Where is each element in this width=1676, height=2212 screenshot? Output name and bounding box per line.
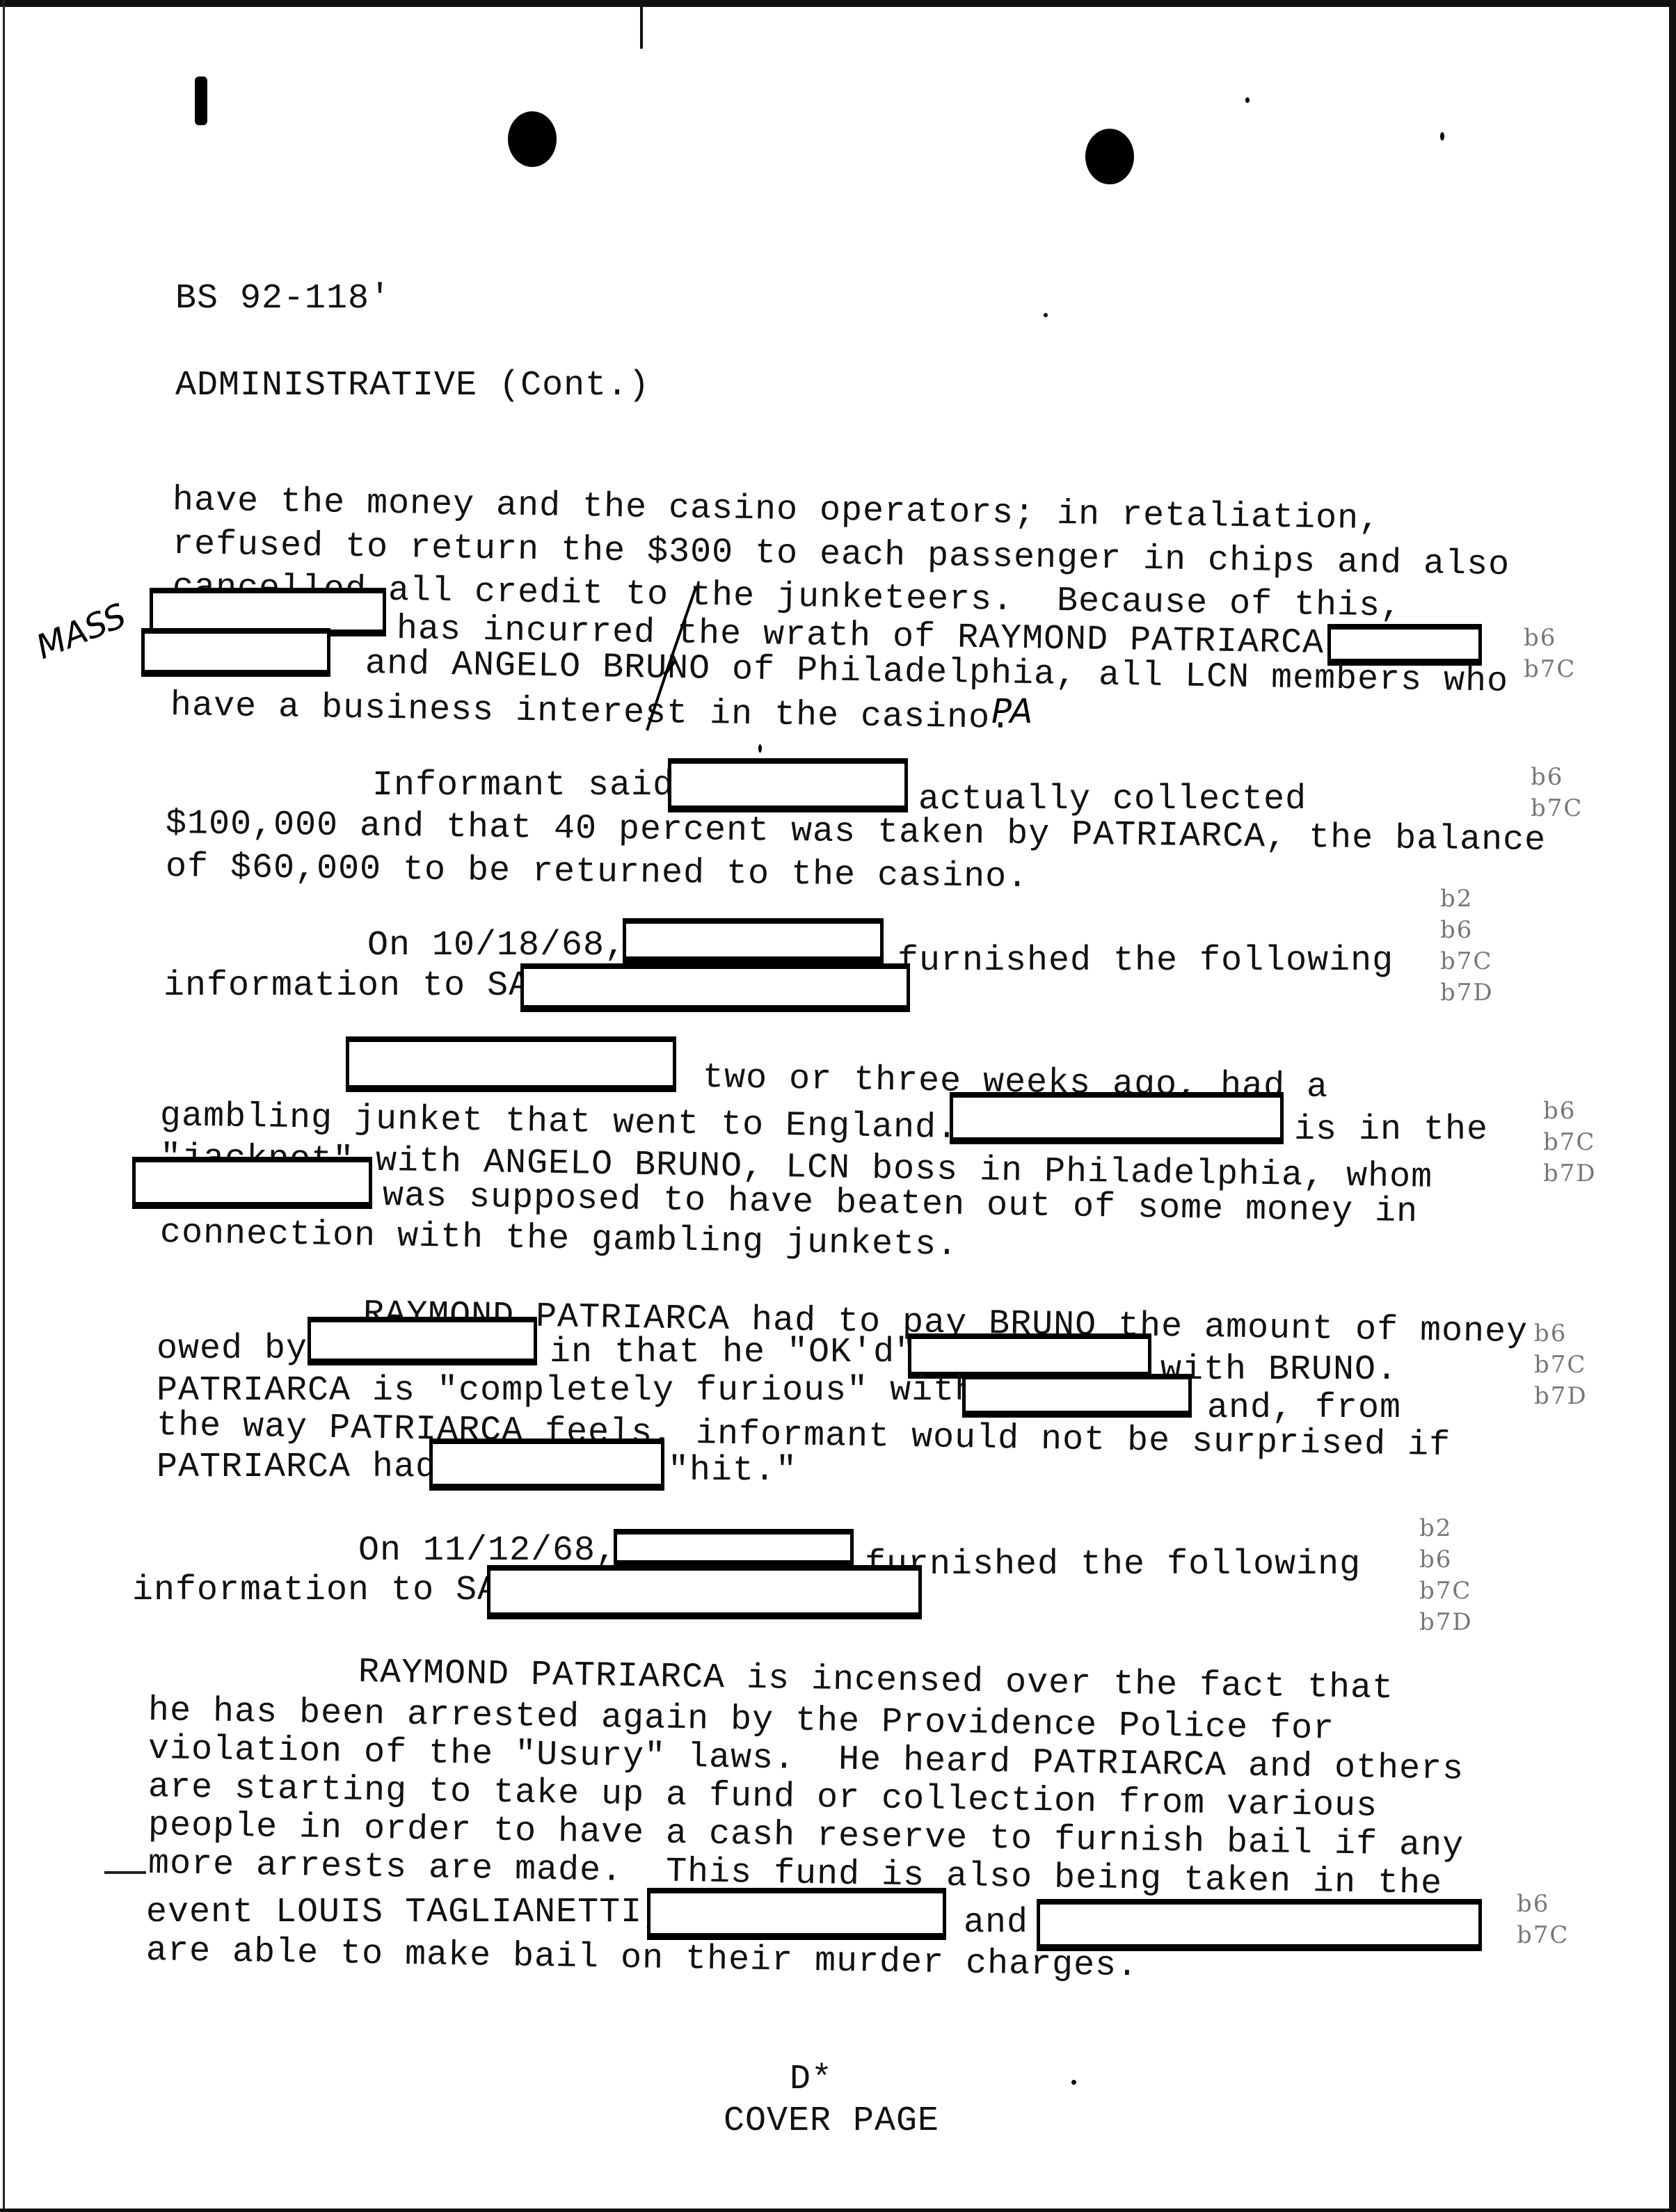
- redaction-box: [141, 628, 330, 677]
- exemption-code: b2: [1419, 1513, 1473, 1544]
- scan-edge-right: [1669, 0, 1676, 2212]
- text-line: event LOUIS TAGLIANETTI,: [146, 1896, 664, 1930]
- section-heading: ADMINISTRATIVE (Cont.): [175, 369, 650, 403]
- redaction-box: [487, 1565, 922, 1619]
- handwritten-state-note: PA: [991, 692, 1032, 731]
- exemption-codes: b6 b7C b7D: [1534, 1318, 1588, 1412]
- text-line: is in the: [1294, 1113, 1488, 1148]
- exemption-codes: b2 b6 b7C b7D: [1419, 1513, 1473, 1638]
- text-line: in that he "OK'd": [550, 1336, 916, 1370]
- exemption-code: b7C: [1419, 1576, 1473, 1607]
- exemption-code: b7C: [1440, 946, 1494, 977]
- scan-artifact: [195, 77, 207, 125]
- text-line: of $60,000 to be returned to the casino.: [166, 850, 1029, 895]
- redaction-box: [668, 758, 908, 812]
- text-line: information to SA: [132, 1573, 499, 1608]
- exemption-code: b7C: [1531, 793, 1583, 824]
- footer-label: COVER PAGE: [724, 2104, 939, 2139]
- scan-edge-top: [0, 0, 1676, 7]
- exemption-code: b7D: [1543, 1158, 1597, 1189]
- redaction-box: [950, 1092, 1284, 1144]
- document-page: BS 92-118' ADMINISTRATIVE (Cont.) have t…: [0, 0, 1676, 2212]
- scan-artifact: [104, 1871, 146, 1874]
- exemption-code: b7D: [1534, 1381, 1588, 1412]
- exemption-code: b7D: [1419, 1607, 1473, 1638]
- exemption-code: b7C: [1524, 654, 1576, 685]
- text-line: owed by: [157, 1332, 308, 1367]
- redaction-box: [520, 963, 910, 1012]
- redaction-box: [1037, 1899, 1482, 1951]
- exemption-code: b6: [1531, 762, 1583, 793]
- exemption-code: b6: [1440, 915, 1494, 946]
- text-line: with BRUNO.: [1160, 1353, 1398, 1388]
- text-line: Informant said: [372, 769, 674, 803]
- text-line: PATRIARCA had: [157, 1450, 437, 1485]
- file-number: BS 92-118': [175, 282, 391, 316]
- text-line: On 11/12/68,: [358, 1534, 617, 1569]
- exemption-codes: b6 b7C: [1531, 762, 1583, 824]
- text-line: have a business interest in the casino.: [170, 689, 1012, 737]
- handwritten-margin-note: MASS: [31, 596, 131, 667]
- text-line: actually collected: [918, 783, 1307, 817]
- scan-edge-left: [3, 0, 5, 2212]
- redaction-box: [623, 918, 884, 963]
- scan-mark: [640, 7, 643, 49]
- exemption-codes: b6 b7C: [1517, 1889, 1569, 1951]
- exemption-code: b7D: [1440, 977, 1494, 1009]
- exemption-code: b7C: [1534, 1349, 1588, 1381]
- redaction-box: [132, 1157, 372, 1209]
- exemption-code: b7C: [1517, 1920, 1569, 1951]
- exemption-codes: b6 b7C b7D: [1543, 1096, 1597, 1189]
- scan-artifact: [1440, 132, 1444, 141]
- text-line: and: [964, 1906, 1028, 1941]
- punch-hole-icon: [1085, 129, 1134, 184]
- exemption-codes: b2 b6 b7C b7D: [1440, 883, 1494, 1009]
- text-line: furnished the following: [865, 1548, 1361, 1582]
- exemption-code: b6: [1543, 1096, 1597, 1127]
- scan-artifact: [1245, 97, 1250, 103]
- exemption-code: b6: [1524, 623, 1576, 654]
- exemption-code: b6: [1534, 1318, 1588, 1349]
- exemption-code: b6: [1517, 1889, 1569, 1920]
- exemption-code: b6: [1419, 1544, 1473, 1576]
- scan-artifact: [1044, 313, 1048, 317]
- redaction-box: [614, 1529, 854, 1567]
- footer-mark: D*: [790, 2062, 833, 2097]
- text-line: and, from: [1207, 1391, 1401, 1426]
- redaction-box: [429, 1438, 664, 1491]
- checkmark-icon: [626, 584, 710, 737]
- text-line: information to SA: [163, 969, 530, 1004]
- exemption-code: b7C: [1543, 1127, 1597, 1158]
- text-line: furnished the following: [897, 944, 1394, 979]
- punch-hole-icon: [508, 111, 557, 167]
- redaction-box: [962, 1374, 1192, 1418]
- text-line: "hit.": [668, 1454, 797, 1489]
- redaction-box: [346, 1036, 676, 1092]
- text-line: PATRIARCA is "completely furious" with: [157, 1374, 976, 1409]
- redaction-box: [647, 1888, 946, 1940]
- text-line: On 10/18/68,: [367, 929, 626, 963]
- exemption-code: b2: [1440, 883, 1494, 915]
- exemption-codes: b6 b7C: [1524, 623, 1576, 685]
- scan-artifact: [1071, 2080, 1076, 2085]
- redaction-box: [308, 1317, 537, 1365]
- scan-artifact: [758, 744, 762, 753]
- scan-edge-bottom: [0, 2209, 1676, 2212]
